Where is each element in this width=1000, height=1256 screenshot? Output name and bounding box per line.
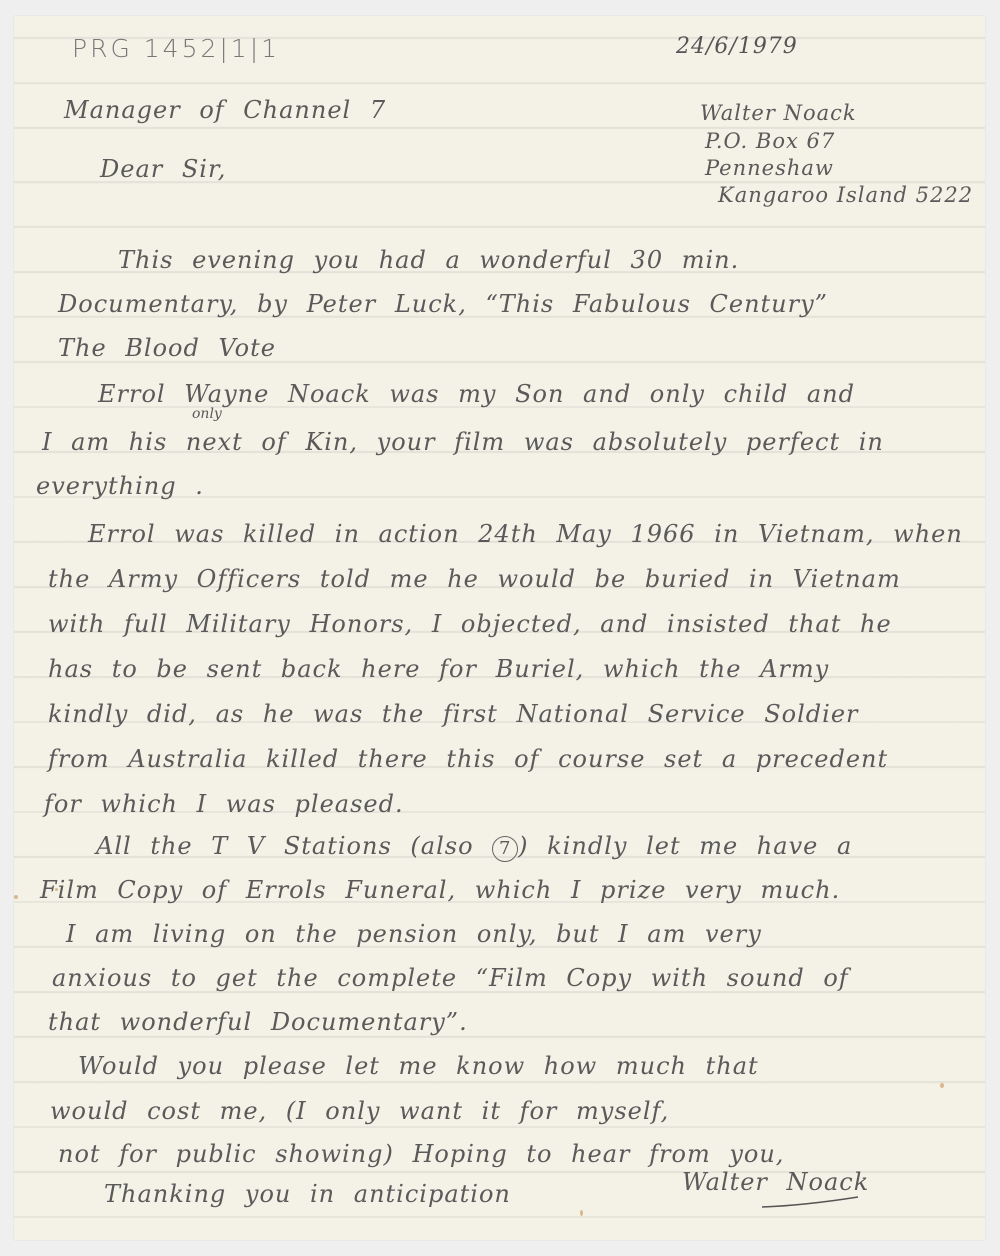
body-line-6: everything . [36,472,204,500]
body-line-10: has to be sent back here for Buriel, whi… [48,655,829,683]
body-line-14-text: All the T V Stations (also [96,832,474,860]
signature: Walter Noack [682,1168,869,1196]
body-line-11: kindly did, as he was the first National… [48,700,859,728]
body-line-13: for which I was pleased. [44,790,404,818]
circled-seven: 7 [492,836,518,862]
sender-address-line2: Penneshaw [705,155,834,181]
body-line-21: not for public showing) Hoping to hear f… [58,1140,784,1168]
body-line-3: The Blood Vote [58,334,276,362]
body-line-17: anxious to get the complete “Film Copy w… [52,964,849,992]
foxing-spot [940,1083,944,1088]
foxing-spot [55,888,58,891]
body-line-9: with full Military Honors, I objected, a… [48,610,892,638]
body-line-8: the Army Officers told me he would be bu… [48,565,901,593]
body-line-2: Documentary, by Peter Luck, “This Fabulo… [58,290,828,318]
body-line-14: All the T V Stations (also 7) kindly let… [96,832,852,862]
body-line-18: that wonderful Documentary”. [48,1008,468,1036]
body-line-4: Errol Wayne Noack was my Son and only ch… [98,380,855,408]
body-line-5: I am his next of Kin, your film was abso… [42,428,884,456]
body-line-12: from Australia killed there this of cour… [48,745,888,773]
body-line-20: would cost me, (I only want it for mysel… [50,1097,669,1125]
recipient-line: Manager of Channel 7 [64,96,386,124]
body-line-14-tail: ) kindly let me have a [518,832,852,860]
sender-name: Walter Noack [700,100,857,126]
signature-flourish [760,1195,860,1209]
sender-address-line3: Kangaroo Island 5222 [718,182,973,208]
closing-line: Thanking you in anticipation [104,1180,511,1208]
body-line-7: Errol was killed in action 24th May 1966… [88,520,963,548]
foxing-spot [580,1210,583,1216]
body-line-15: Film Copy of Errols Funeral, which I pri… [40,876,840,904]
insertion-only: only [192,406,222,422]
salutation: Dear Sir, [100,155,226,183]
body-line-16: I am living on the pension only, but I a… [66,920,762,948]
sender-address-line1: P.O. Box 67 [705,128,835,154]
letter-date: 24/6/1979 [676,34,798,59]
body-line-1: This evening you had a wonderful 30 min. [118,246,739,274]
foxing-spot [14,895,18,899]
body-line-19: Would you please let me know how much th… [78,1052,759,1080]
archive-reference: PRG 1452|1|1 [72,34,280,63]
